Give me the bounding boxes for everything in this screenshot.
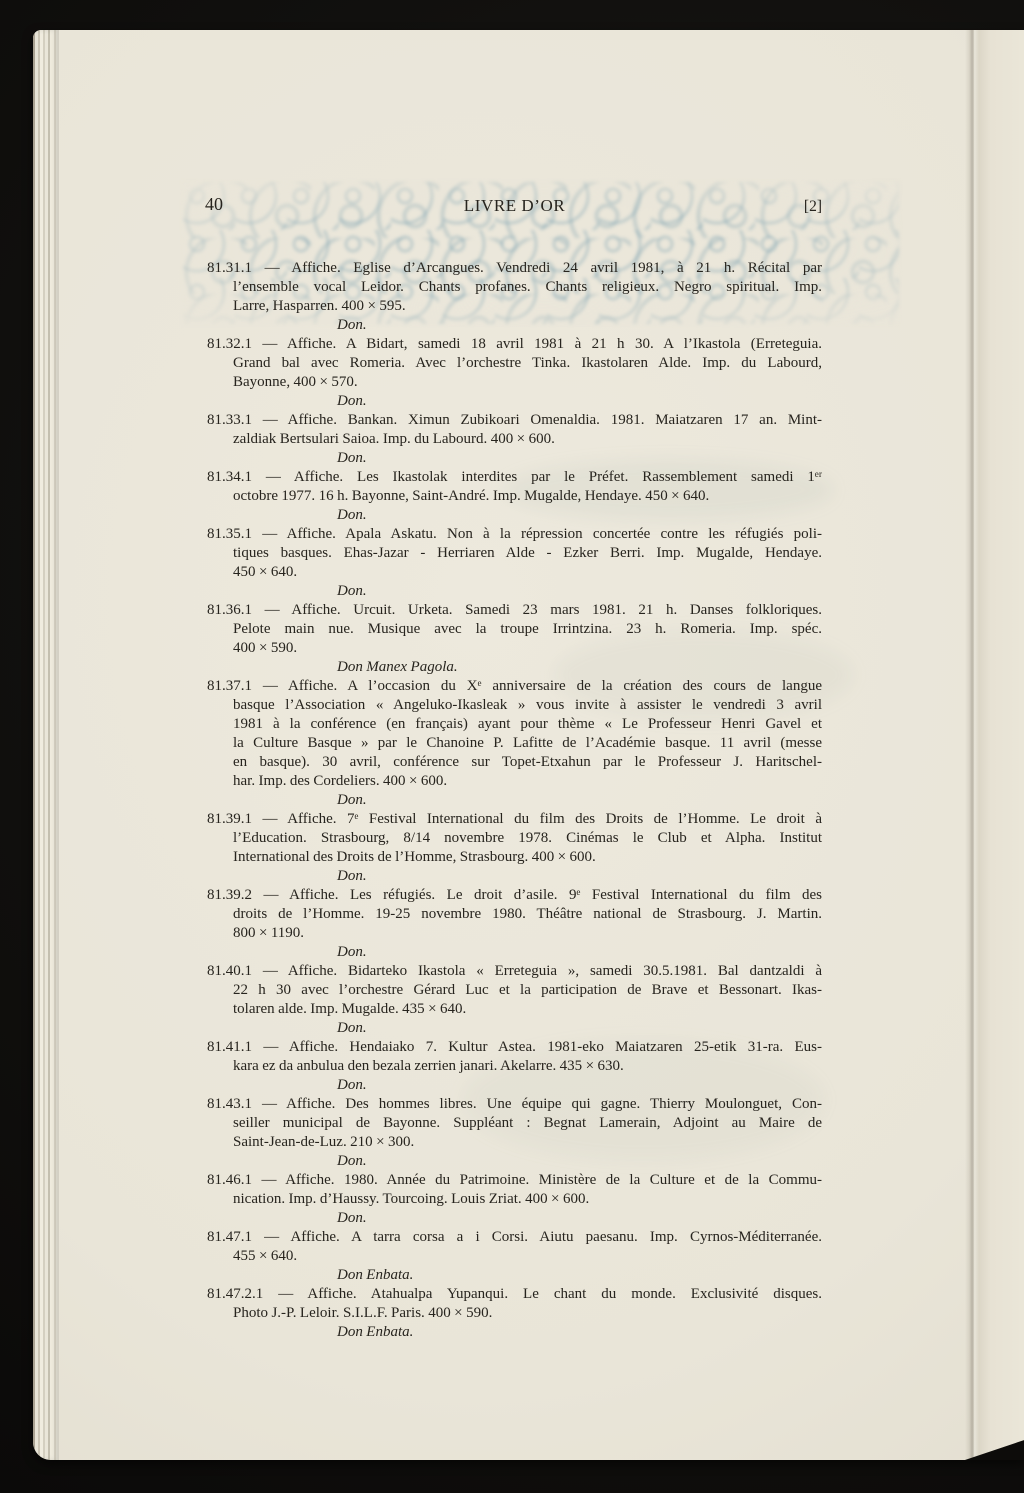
page-fore-edge — [33, 30, 59, 1460]
folio-marker: [2] — [804, 197, 822, 216]
donation-note: Don Enbata. — [207, 1323, 822, 1342]
entry-line: 81.47.2.1 — Affiche. Atahualpa Yupanqui.… — [207, 1285, 822, 1304]
entry-line: 81.34.1 — Affiche. Les Ikastolak interdi… — [207, 468, 822, 487]
entry-line: droits de l’Homme. 19-25 novembre 1980. … — [207, 905, 822, 924]
donation-note: Don. — [207, 1076, 822, 1095]
donation-note: Don. — [207, 1019, 822, 1038]
entry-line: Bayonne, 400 × 570. — [207, 373, 822, 392]
entry-line: 455 × 640. — [207, 1247, 822, 1266]
entry-line: 81.46.1 — Affiche. 1980. Année du Patrim… — [207, 1171, 822, 1190]
text-column: 40 LIVRE D’OR [2] 81.31.1 — Affiche. Egl… — [207, 195, 822, 1342]
catalog-entry: 81.31.1 — Affiche. Eglise d’Arcangues. V… — [207, 259, 822, 335]
entry-line: kara ez da anbulua den bezala zerrien ja… — [207, 1057, 822, 1076]
entry-line: Photo J.-P. Leloir. S.I.L.F. Paris. 400 … — [207, 1304, 822, 1323]
donation-note: Don. — [207, 867, 822, 886]
donation-note: Don. — [207, 791, 822, 810]
donation-note: Don. — [207, 392, 822, 411]
book-photo: 40 LIVRE D’OR [2] 81.31.1 — Affiche. Egl… — [0, 0, 1024, 1493]
entry-line: tolaren alde. Imp. Mugalde. 435 × 640. — [207, 1000, 822, 1019]
entry-line: 400 × 590. — [207, 639, 822, 658]
catalog-entry: 81.35.1 — Affiche. Apala Askatu. Non à l… — [207, 525, 822, 601]
entry-line: l’ensemble vocal Leidor. Chants profanes… — [207, 278, 822, 297]
page-title: LIVRE D’OR — [464, 196, 566, 215]
entry-line: 81.37.1 — Affiche. A l’occasion du Xᵉ an… — [207, 677, 822, 696]
entry-line: zaldiak Bertsulari Saioa. Imp. du Labour… — [207, 430, 822, 449]
entry-line: seiller municipal de Bayonne. Suppléant … — [207, 1114, 822, 1133]
donation-note: Don Enbata. — [207, 1266, 822, 1285]
catalog-entry: 81.47.2.1 — Affiche. Atahualpa Yupanqui.… — [207, 1285, 822, 1342]
catalog-entry: 81.46.1 — Affiche. 1980. Année du Patrim… — [207, 1171, 822, 1228]
entry-line: Saint-Jean-de-Luz. 210 × 300. — [207, 1133, 822, 1152]
donation-note: Don. — [207, 506, 822, 525]
donation-note: Don. — [207, 582, 822, 601]
catalog-entry: 81.43.1 — Affiche. Des hommes libres. Un… — [207, 1095, 822, 1171]
entry-line: 81.43.1 — Affiche. Des hommes libres. Un… — [207, 1095, 822, 1114]
catalog-entry: 81.37.1 — Affiche. A l’occasion du Xᵉ an… — [207, 677, 822, 810]
catalog-entry: 81.36.1 — Affiche. Urcuit. Urketa. Samed… — [207, 601, 822, 677]
entry-line: nication. Imp. d’Haussy. Tourcoing. Loui… — [207, 1190, 822, 1209]
entry-line: basque l’Association « Angeluko-Ikasleak… — [207, 696, 822, 715]
catalog-entry: 81.32.1 — Affiche. A Bidart, samedi 18 a… — [207, 335, 822, 411]
catalog-entry: 81.39.1 — Affiche. 7ᵉ Festival Internati… — [207, 810, 822, 886]
entry-line: 800 × 1190. — [207, 924, 822, 943]
donation-note: Don Manex Pagola. — [207, 658, 822, 677]
entry-line: Grand bal avec Romeria. Avec l’orchestre… — [207, 354, 822, 373]
entry-line: 81.31.1 — Affiche. Eglise d’Arcangues. V… — [207, 259, 822, 278]
entry-line: 81.47.1 — Affiche. A tarra corsa a i Cor… — [207, 1228, 822, 1247]
page-number: 40 — [205, 195, 223, 214]
entry-line: 81.41.1 — Affiche. Hendaiako 7. Kultur A… — [207, 1038, 822, 1057]
entry-line: 81.35.1 — Affiche. Apala Askatu. Non à l… — [207, 525, 822, 544]
donation-note: Don. — [207, 449, 822, 468]
entry-line: 81.40.1 — Affiche. Bidarteko Ikastola « … — [207, 962, 822, 981]
next-page-edge — [973, 30, 1024, 1460]
entry-line: 22 h 30 avec l’orchestre Gérard Luc et l… — [207, 981, 822, 1000]
catalog-entry: 81.41.1 — Affiche. Hendaiako 7. Kultur A… — [207, 1038, 822, 1095]
entry-line: Pelote main nue. Musique avec la troupe … — [207, 620, 822, 639]
entry-line: 81.33.1 — Affiche. Bankan. Ximun Zubikoa… — [207, 411, 822, 430]
entry-line: International des Droits de l’Homme, Str… — [207, 848, 822, 867]
entry-line: 81.32.1 — Affiche. A Bidart, samedi 18 a… — [207, 335, 822, 354]
catalog-entry: 81.33.1 — Affiche. Bankan. Ximun Zubikoa… — [207, 411, 822, 468]
entry-line: 450 × 640. — [207, 563, 822, 582]
entry-line: l’Education. Strasbourg, 8/14 novembre 1… — [207, 829, 822, 848]
entry-line: octobre 1977. 16 h. Bayonne, Saint-André… — [207, 487, 822, 506]
catalog-entry: 81.39.2 — Affiche. Les réfugiés. Le droi… — [207, 886, 822, 962]
entry-line: tiques basques. Ehas-Jazar - Herriaren A… — [207, 544, 822, 563]
entry-line: 81.36.1 — Affiche. Urcuit. Urketa. Samed… — [207, 601, 822, 620]
donation-note: Don. — [207, 316, 822, 335]
catalog-entry: 81.40.1 — Affiche. Bidarteko Ikastola « … — [207, 962, 822, 1038]
entry-line: 81.39.1 — Affiche. 7ᵉ Festival Internati… — [207, 810, 822, 829]
donation-note: Don. — [207, 943, 822, 962]
page-header: 40 LIVRE D’OR [2] — [207, 195, 822, 217]
entry-line: 81.39.2 — Affiche. Les réfugiés. Le droi… — [207, 886, 822, 905]
catalog-entry: 81.34.1 — Affiche. Les Ikastolak interdi… — [207, 468, 822, 525]
entry-line: en basque). 30 avril, conférence sur Top… — [207, 753, 822, 772]
entry-line: Larre, Hasparren. 400 × 595. — [207, 297, 822, 316]
book-page: 40 LIVRE D’OR [2] 81.31.1 — Affiche. Egl… — [33, 30, 1024, 1460]
donation-note: Don. — [207, 1209, 822, 1228]
entry-line: la Culture Basque » par le Chanoine P. L… — [207, 734, 822, 753]
entry-line: har. Imp. des Cordeliers. 400 × 600. — [207, 772, 822, 791]
entry-line: 1981 à la conférence (en français) ayant… — [207, 715, 822, 734]
catalog-entry: 81.47.1 — Affiche. A tarra corsa a i Cor… — [207, 1228, 822, 1285]
donation-note: Don. — [207, 1152, 822, 1171]
page-fold — [965, 30, 979, 1460]
